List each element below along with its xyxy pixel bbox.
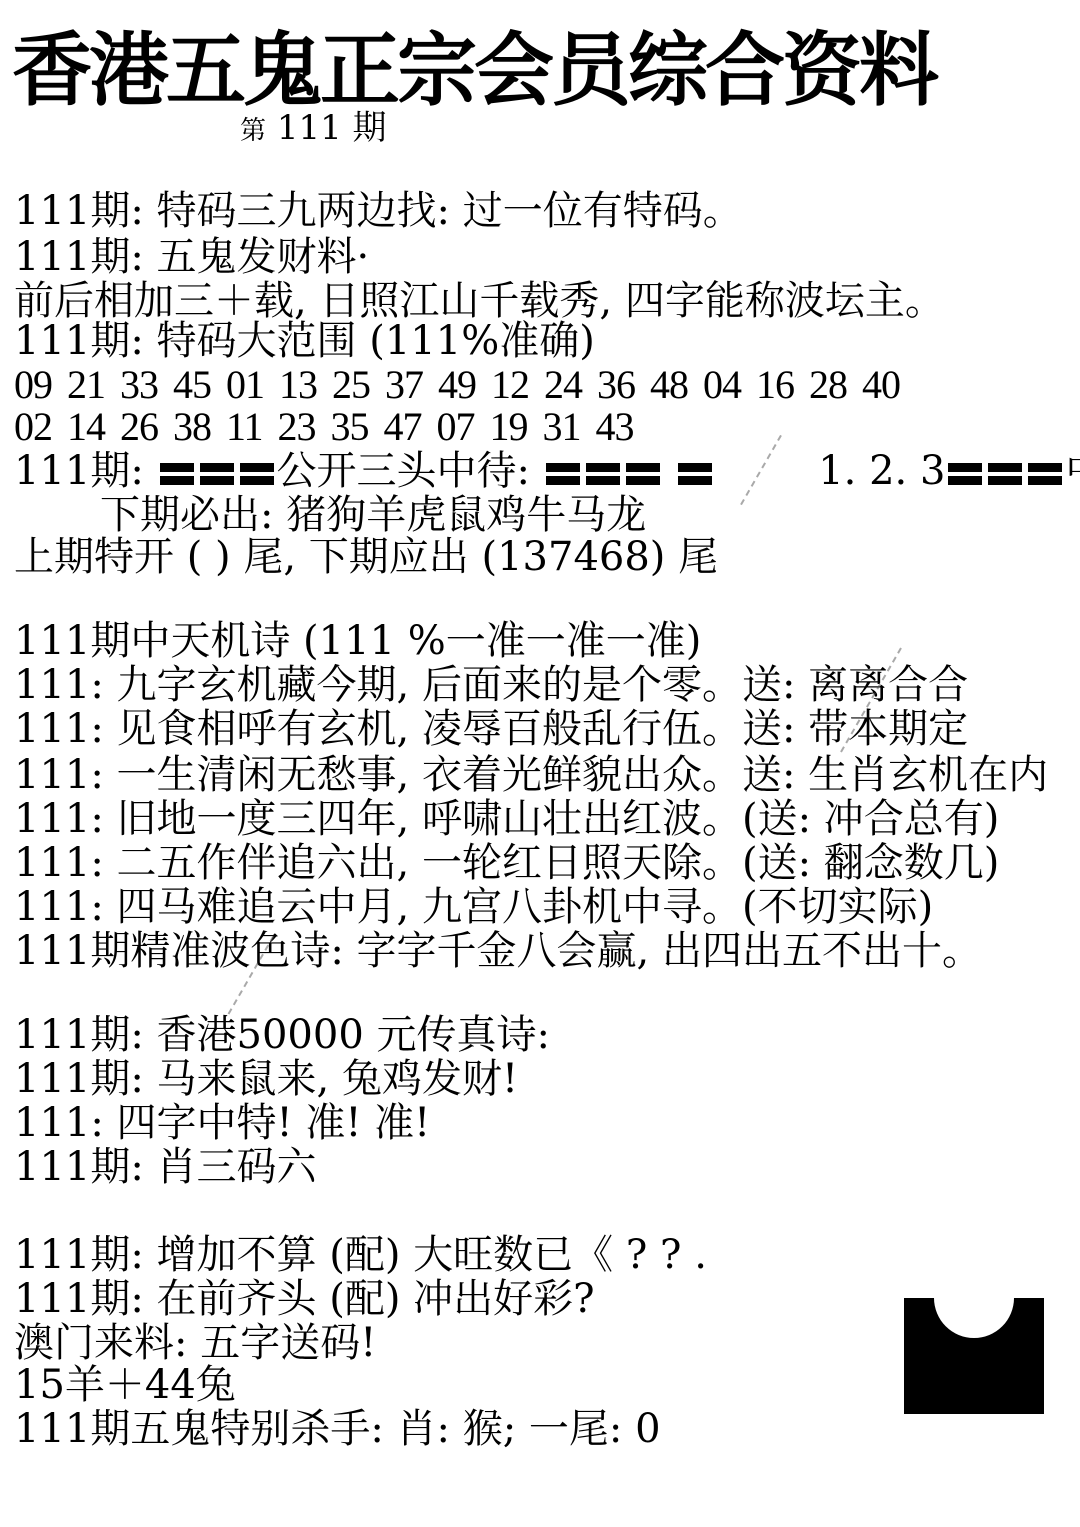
line-suffix: 中 [1065,448,1080,494]
poem-line: 111期精准波色诗: 字字千金八会赢, 出四出五不出十。 [14,928,982,974]
text-line: 111期: 肖三码六 [14,1144,317,1190]
text-line: 111期: 增加不算 (配) 大旺数已《 ? ? . [14,1232,707,1278]
number-row: 09 21 33 45 01 13 25 37 49 12 24 36 48 0… [14,362,900,408]
text-line: 澳门来料: 五字送码! [14,1320,376,1366]
page-title: 香港五鬼正宗会员综合资料 [12,6,936,121]
redaction-block [988,463,1022,485]
text-line: 111: 四字中特! 准! 准! [14,1100,430,1146]
line-label: 公开三头中待: [277,448,543,494]
poem-line: 111: 见食相呼有玄机, 凌辱百般乱行伍。送: 带本期定 [14,706,968,752]
number-row: 02 14 26 38 11 23 35 47 07 19 31 43 [14,404,634,450]
text-line: 111期五鬼特别杀手: 肖: 猴; 一尾: 0 [14,1406,661,1452]
issue-value: 111 [277,108,342,148]
text-line: 下期必出: 猪狗羊虎鼠鸡牛马龙 [100,492,646,538]
poem-line: 111: 九字玄机藏今期, 后面来的是个零。送: 离离合合 [14,662,968,708]
redaction-block [586,463,620,485]
line-prefix: 111期: [14,448,157,494]
text-line: 111期: 在前齐头 (配) 冲出好彩? [14,1276,595,1322]
issue-suffix: 期 [353,108,387,148]
line-numbers: 1. 2. 3 [818,448,945,494]
poem-line: 111: 旧地一度三四年, 呼啸山壮出红波。(送: 冲合总有) [14,796,999,842]
text-line: 上期特开 ( ) 尾, 下期应出 (137468) 尾 [14,534,718,580]
redaction-block [626,463,660,485]
text-line: 111期: 香港50000 元传真诗: [14,1012,550,1058]
redaction-block [160,463,194,485]
redacted-line: 111期: 公开三头中待: 1. 2. 3中 [14,448,1080,494]
redaction-block [1028,463,1062,485]
redaction-block [200,463,234,485]
redaction-block [948,463,982,485]
redaction-block [678,463,712,485]
issue-prefix: 第 [240,116,266,146]
poem-title: 111期中天机诗 (111 %一准一准一准) [14,618,701,664]
text-line: 15羊＋44兔 [14,1362,236,1408]
text-line: 111期: 特码大范围 (111%准确) [14,318,595,364]
portrait-image [904,1298,1044,1414]
text-line: 111期: 特码三九两边找: 过一位有特码。 [14,188,743,234]
poem-line: 111: 四马难追云中月, 九宫八卦机中寻。(不切实际) [14,884,933,930]
redaction-block [240,463,274,485]
poem-line: 111: 一生清闲无愁事, 衣着光鲜貌出众。送: 生肖玄机在内 [14,752,1048,798]
issue-number: 第 111 期 [240,100,387,149]
text-line: 111期: 马来鼠来, 兔鸡发财! [14,1056,518,1102]
redaction-block [546,463,580,485]
face-highlight [934,1298,1014,1338]
poem-line: 111: 二五作伴追六出, 一轮红日照天除。(送: 翻念数几) [14,840,999,886]
text-line: 111期: 五鬼发财料· [14,234,369,280]
